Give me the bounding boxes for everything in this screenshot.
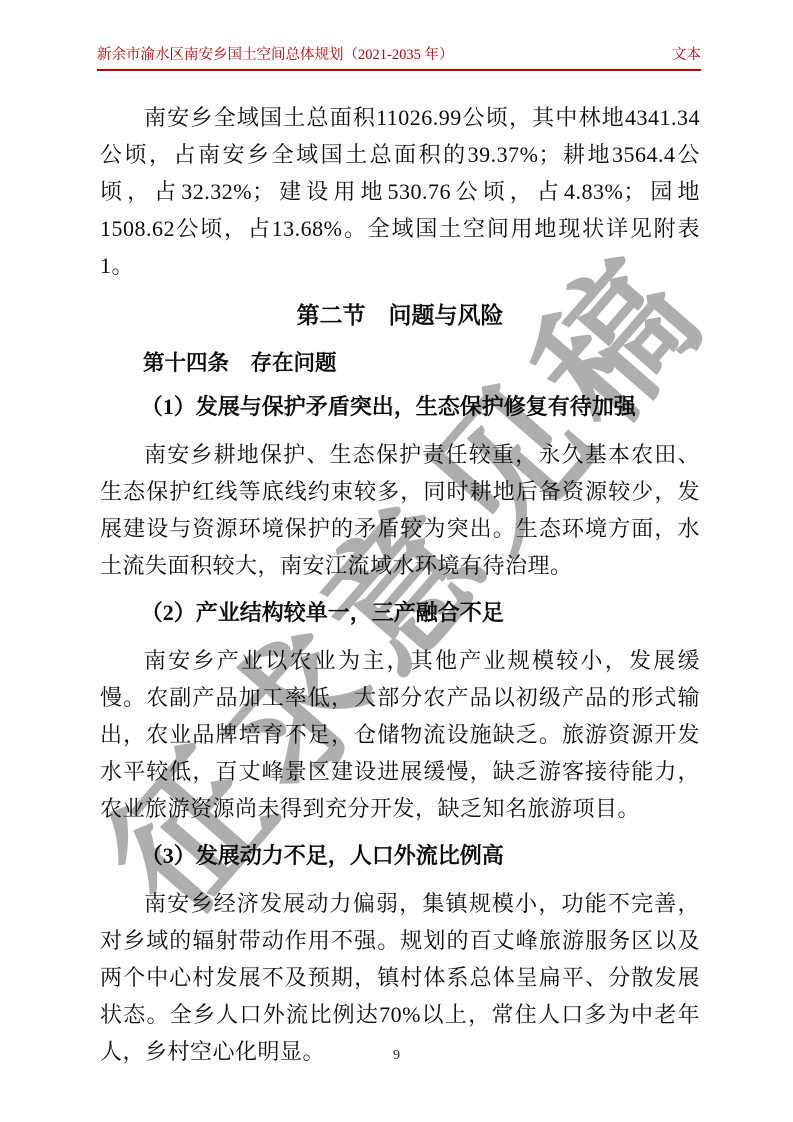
page-header: 新余市渝水区南安乡国土空间总体规划（2021-2035 年） 文本: [97, 46, 701, 71]
article-title: 第十四条 存在问题: [100, 348, 700, 378]
header-plan-title: 新余市渝水区南安乡国土空间总体规划（2021-2035 年）: [97, 46, 453, 64]
document-page: 征求意见稿 新余市渝水区南安乡国土空间总体规划（2021-2035 年） 文本 …: [0, 0, 793, 1122]
document-body: 南安乡全域国土总面积11026.99公顷，其中林地4341.34公顷，占南安乡全…: [100, 99, 700, 1070]
subheading-2-industry: （2）产业结构较单一，三产融合不足: [100, 598, 700, 628]
paragraph-industry: 南安乡产业以农业为主，其他产业规模较小，发展缓慢。农副产品加工率低，大部分农产品…: [100, 642, 700, 827]
header-doc-type: 文本: [672, 46, 701, 64]
paragraph-population: 南安乡经济发展动力偏弱，集镇规模小，功能不完善，对乡域的辐射带动作用不强。规划的…: [100, 885, 700, 1070]
paragraph-ecology: 南安乡耕地保护、生态保护责任较重，永久基本农田、生态保护红线等底线约束较多，同时…: [100, 436, 700, 584]
page-number: 9: [393, 1048, 400, 1063]
section-title: 第二节 问题与风险: [100, 300, 700, 330]
page-footer: 9: [0, 1048, 793, 1064]
subheading-1-protection: （1）发展与保护矛盾突出，生态保护修复有待加强: [100, 392, 700, 422]
subheading-3-population: （3）发展动力不足，人口外流比例高: [100, 841, 700, 871]
paragraph-land-overview: 南安乡全域国土总面积11026.99公顷，其中林地4341.34公顷，占南安乡全…: [100, 99, 700, 284]
